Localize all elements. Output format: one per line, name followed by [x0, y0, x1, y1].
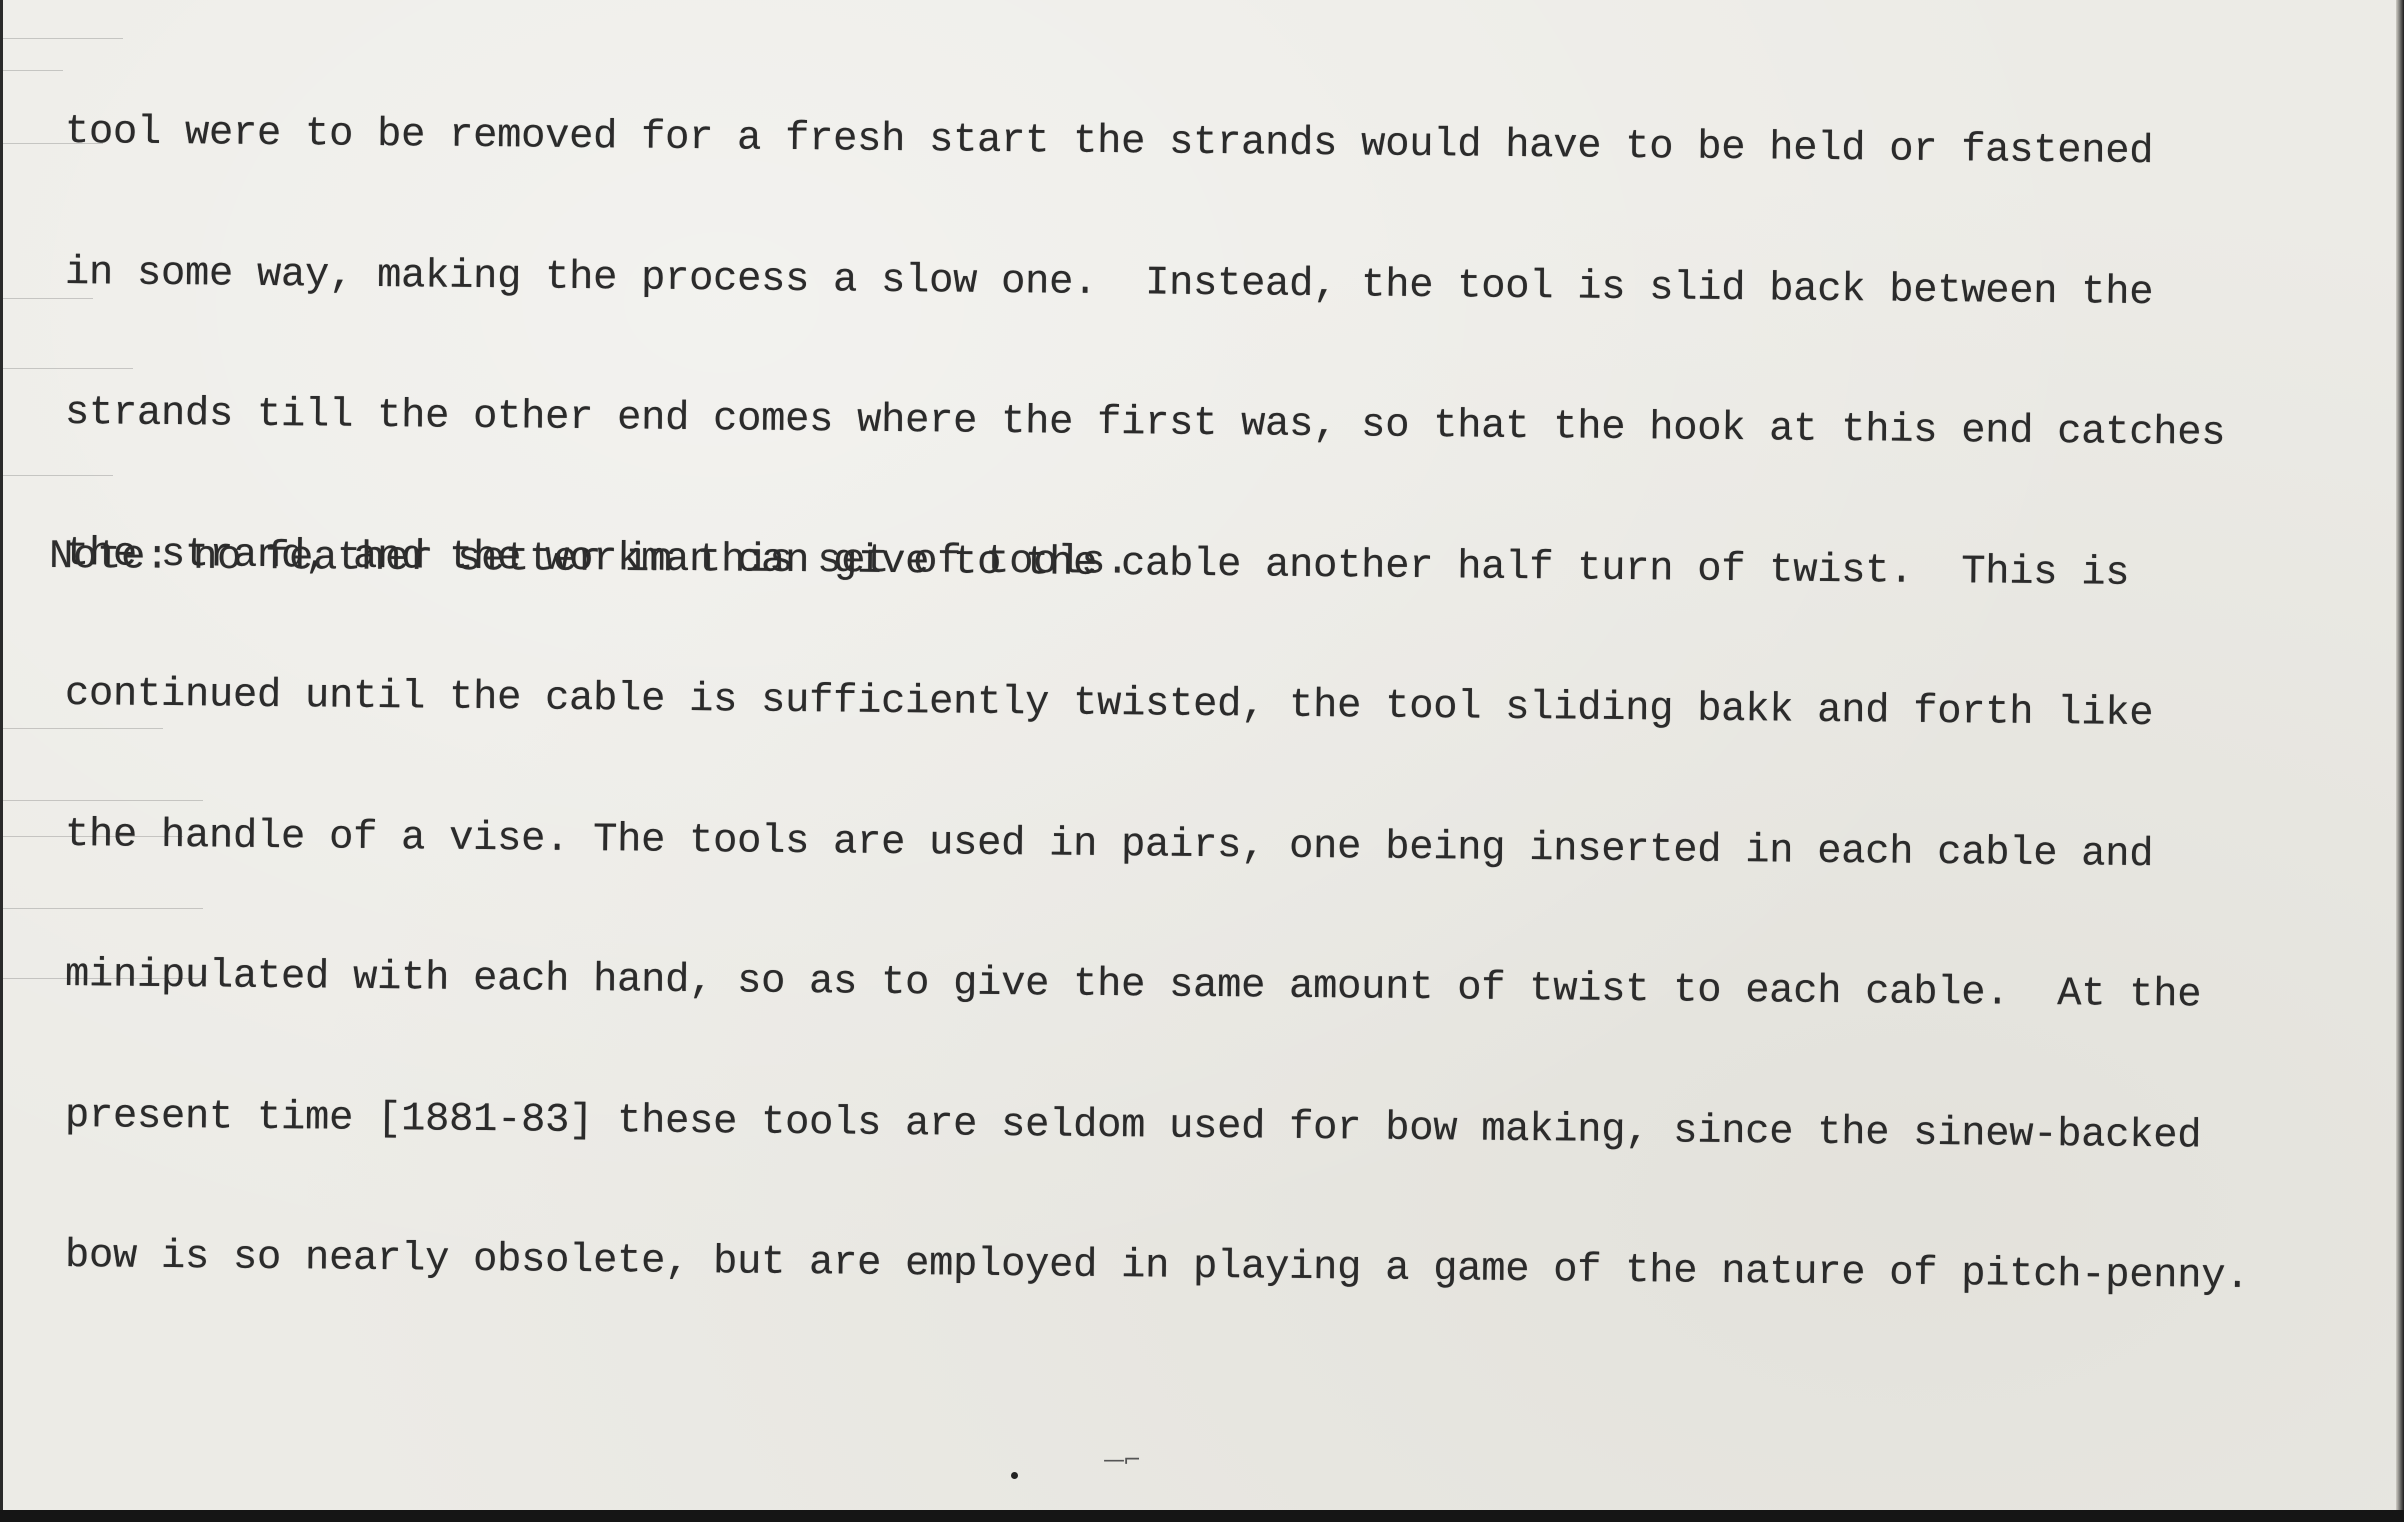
- ruling-line: [3, 70, 63, 71]
- body-line: tool were to be removed for a fresh star…: [65, 108, 2365, 179]
- ink-dot: [1011, 1472, 1018, 1479]
- body-line: strands till the other end comes where t…: [65, 389, 2365, 460]
- pencil-mark: —⌐: [1103, 1448, 1139, 1473]
- body-line: present time [1881-83] these tools are s…: [65, 1092, 2365, 1163]
- card-note: Note: no feather setter in this set of t…: [49, 534, 1129, 586]
- body-line: bow is so nearly obsolete, but are emplo…: [65, 1232, 2365, 1303]
- body-line: minipulated with each hand, so as to giv…: [65, 951, 2365, 1022]
- body-line: continued until the cable is sufficientl…: [65, 670, 2365, 741]
- card-edge-right: [2396, 0, 2404, 1522]
- card-body-text: tool were to be removed for a fresh star…: [65, 16, 2365, 1373]
- body-line: the handle of a vise. The tools are used…: [65, 811, 2365, 882]
- index-card: tool were to be removed for a fresh star…: [0, 0, 2399, 1512]
- card-edge-bottom: [0, 1510, 2404, 1522]
- body-line: in some way, making the process a slow o…: [65, 249, 2365, 320]
